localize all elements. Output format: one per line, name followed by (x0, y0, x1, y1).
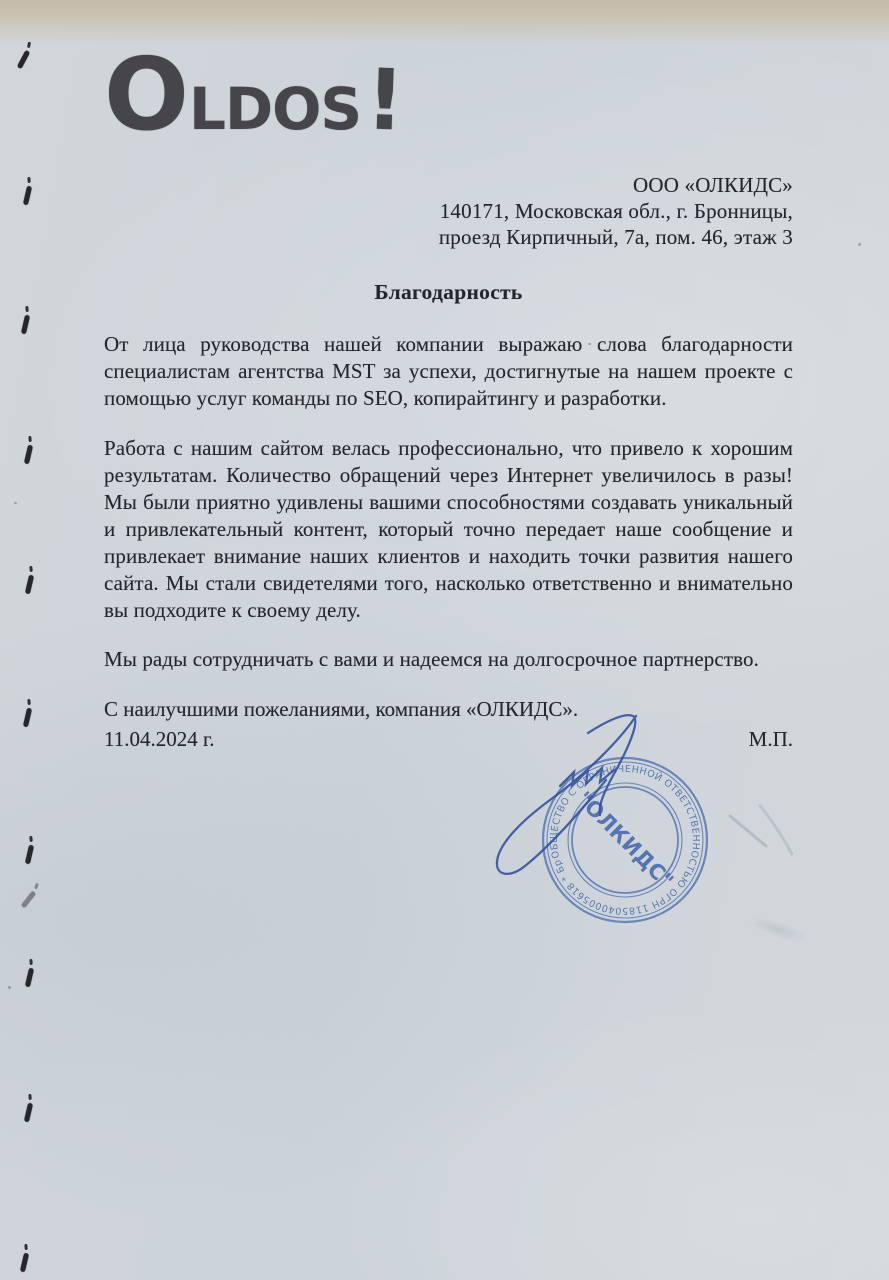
paper-crease (722, 798, 817, 873)
letter-date: 11.04.2024 г. (104, 726, 214, 753)
letter-paragraph-1: От лица руководства нашей компании выраж… (104, 331, 793, 412)
letter-title: Благодарность (104, 280, 793, 305)
scanned-letter-page: OLDOS! ООО «ОЛКИДС» 140171, Московская о… (0, 0, 889, 1280)
signature (460, 690, 700, 900)
logo-initial: O (104, 50, 187, 140)
letter-paragraph-3: Мы рады сотрудничать с вами и надеемся н… (104, 646, 793, 673)
company-header: ООО «ОЛКИДС» 140171, Московская обл., г.… (104, 172, 793, 250)
stamp-place-label: М.П. (749, 726, 793, 753)
letter-content: OLDOS! ООО «ОЛКИДС» 140171, Московская о… (0, 0, 889, 1280)
company-address-line1: 140171, Московская обл., г. Бронницы, (104, 198, 793, 224)
company-name: ООО «ОЛКИДС» (104, 172, 793, 198)
oldos-logo: OLDOS! (104, 50, 793, 146)
company-address-line2: проезд Кирпичный, 7а, пом. 46, этаж 3 (104, 224, 793, 250)
logo-exclamation: ! (365, 57, 404, 142)
letter-paragraph-2: Работа с нашим сайтом велась профессиона… (104, 435, 793, 624)
logo-rest: LDOS (189, 75, 361, 143)
